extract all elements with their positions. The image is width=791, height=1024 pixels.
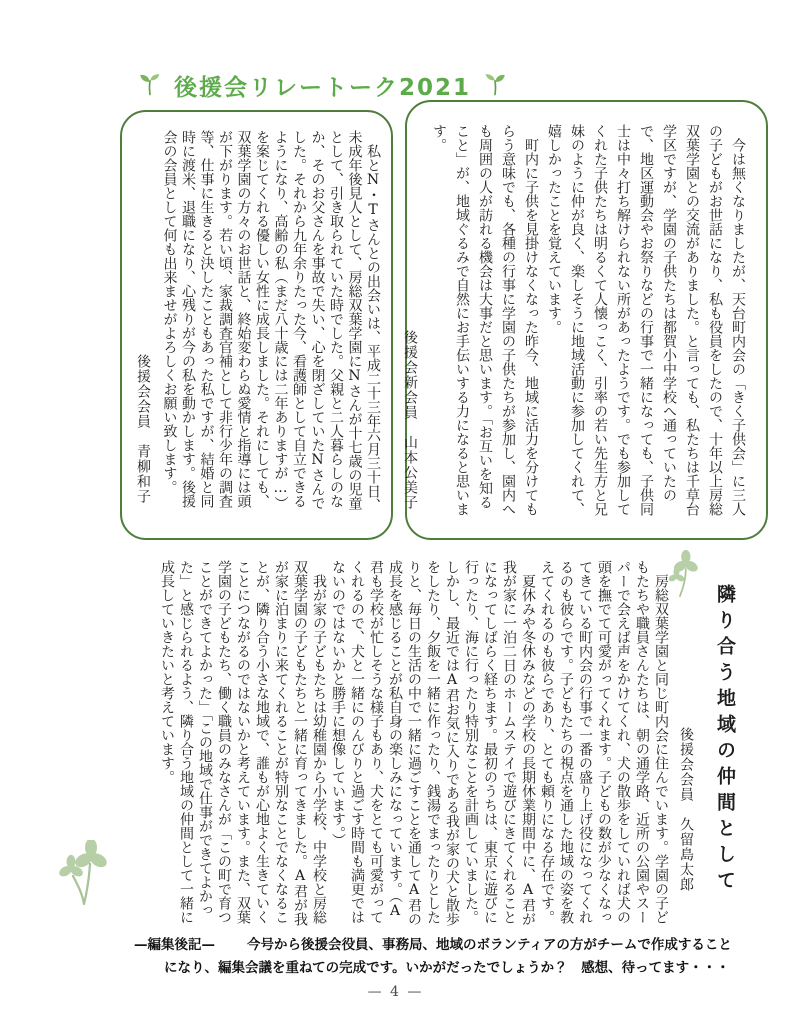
letter-left-signature: 後援会会員 青柳和子 — [130, 130, 156, 520]
letter-right-paragraph: 町内に子供を見掛けなくなった昨今、地域に活力を分けてもらう意味でも、各種の行事に… — [427, 124, 542, 516]
article-title: 隣り合う地域の仲間として — [710, 560, 740, 932]
editors-note-label: —編集後記— — [134, 934, 215, 957]
editors-note-line2: になり、編集会議を重ねての完成です。いかがだったでしょうか？ 感想、待ってます・… — [134, 957, 734, 980]
page-title: 後援会リレートーク2021 — [174, 69, 471, 102]
article-paragraph: 我が家の子どもたちは幼稚園から小学校、中学校と房総双葉学園の子どもたちと一緒に育… — [157, 560, 328, 932]
page-number: — 4 — — [0, 984, 791, 1000]
sprout-icon-right — [483, 71, 507, 101]
editors-note: —編集後記— 今号から後援会役員、事務局、地域のボランティアの方がチームで作成す… — [134, 934, 734, 980]
clover-icon-top-right — [668, 550, 702, 604]
newsletter-page: 後援会リレートーク2021 今は無くなりましたが、天台町内会の「きく子供会」に三… — [0, 0, 791, 1024]
sprout-icon-left — [138, 71, 162, 101]
article-author: 後援会会員 久留島太郎 — [674, 560, 698, 932]
letter-left-paragraph: 私とN・Tさんとの出会いは、平成二十三年六月三十日、未成年後見人として、房総双葉… — [160, 130, 382, 520]
article-section: 隣り合う地域の仲間として 後援会会員 久留島太郎 房総双葉学園と同じ町内会に住ん… — [100, 560, 740, 932]
letter-box-left: 私とN・Tさんとの出会いは、平成二十三年六月三十日、未成年後見人として、房総双葉… — [120, 110, 393, 540]
editors-note-line1: —編集後記— 今号から後援会役員、事務局、地域のボランティアの方がチームで作成す… — [134, 934, 734, 957]
article-paragraph: 夏休みや冬休みなどの学校の長期休業期間中に、A君が我が家に一泊二日のホームステイ… — [328, 560, 537, 932]
clover-icon-bottom-left — [58, 840, 110, 914]
letter-right-signature: 後援会新会員 山本公美子 — [397, 124, 423, 516]
article-paragraph: 房総双葉学園と同じ町内会に住んでいます。学園の子どもたちや職員さんたちは、朝の通… — [537, 560, 670, 932]
letter-right-paragraph: 今は無くなりましたが、天台町内会の「きく子供会」に三人の子どもがお世話になり、私… — [542, 124, 749, 516]
letter-box-right: 今は無くなりましたが、天台町内会の「きく子供会」に三人の子どもがお世話になり、私… — [405, 100, 768, 540]
editors-note-text: 今号から後援会役員、事務局、地域のボランティアの方がチームで作成すること — [247, 934, 732, 957]
